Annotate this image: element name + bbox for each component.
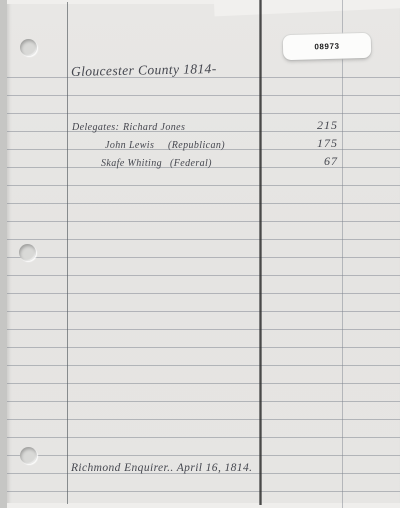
scanned-page: 08973 Gloucester County 1814- Delegates:…: [0, 0, 400, 508]
paper-sheet: 08973 Gloucester County 1814- Delegates:…: [7, 0, 400, 508]
top-right-sheet-corner: [214, 0, 400, 16]
left-margin-line: [67, 2, 68, 504]
delegate-name: John Lewis: [105, 140, 154, 151]
delegate-party: (Republican): [168, 140, 225, 151]
center-fold-line: [259, 0, 262, 505]
delegate-name: Richard Jones: [123, 122, 185, 133]
delegate-votes: 215: [300, 119, 338, 132]
right-vertical-rule: [342, 0, 343, 508]
delegate-name: Skafe Whiting: [101, 158, 162, 169]
page-title: Gloucester County 1814-: [71, 62, 217, 80]
delegate-party: (Federal): [170, 158, 212, 169]
catalog-sticker: 08973: [283, 33, 372, 60]
delegate-votes: 175: [300, 137, 338, 150]
punch-hole-middle: [19, 244, 36, 261]
delegates-heading: Delegates:: [72, 122, 119, 133]
punch-hole-bottom: [20, 447, 37, 464]
catalog-number: 08973: [314, 42, 339, 52]
delegate-votes: 67: [300, 155, 338, 168]
source-citation: Richmond Enquirer.. April 16, 1814.: [71, 462, 252, 475]
punch-hole-top: [20, 39, 37, 56]
